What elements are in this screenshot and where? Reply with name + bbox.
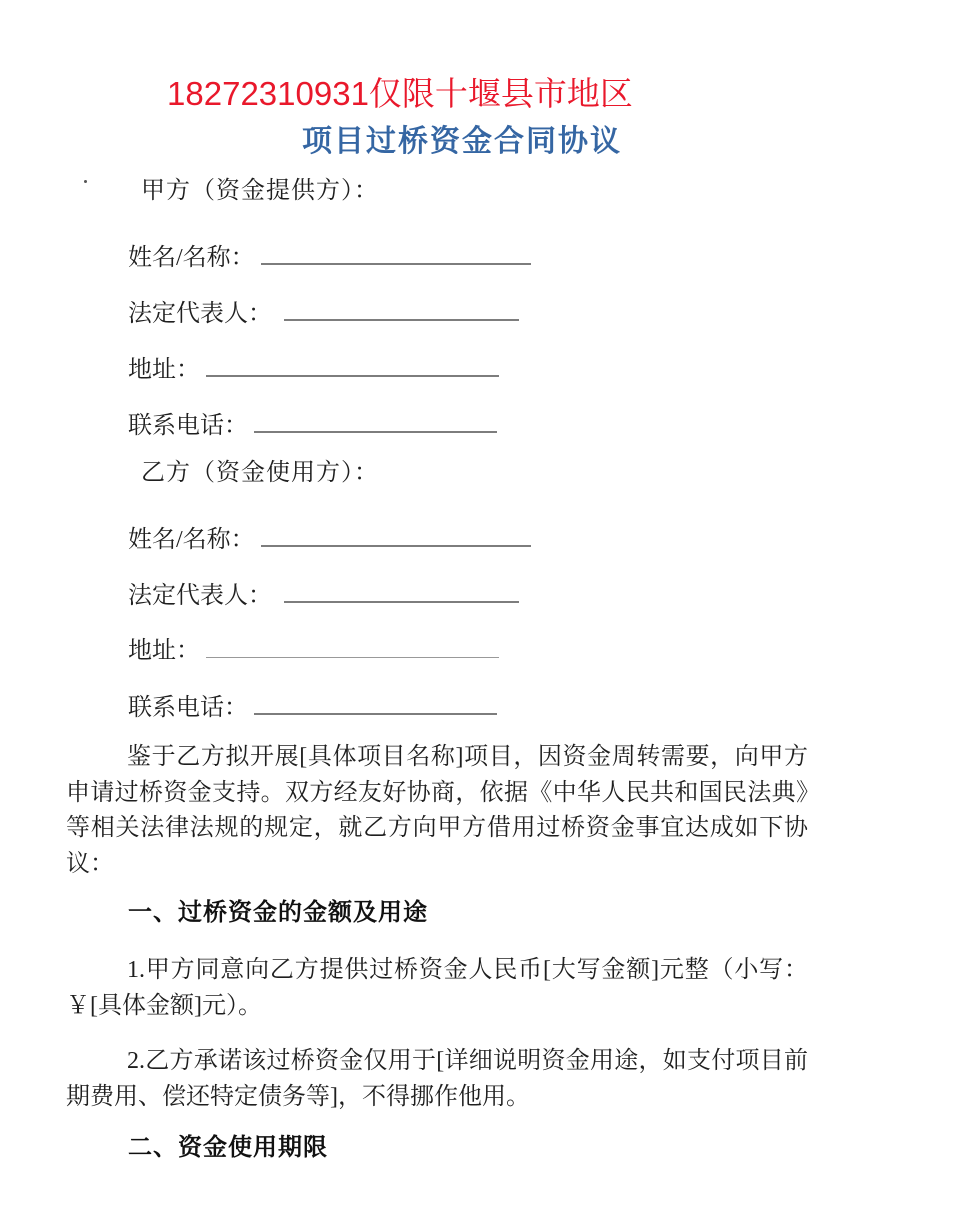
stray-dot-mark [84, 180, 87, 183]
contract-document-page: 18272310931仅限十堰县市地区 项目过桥资金合同协议 甲方（资金提供方）… [0, 0, 964, 1228]
section-1-clause-1: 1.甲方同意向乙方提供过桥资金人民币[大写金额]元整（小写：￥[具体金额]元）。 [66, 953, 808, 1024]
field-label-party-a-phone: 联系电话： [128, 413, 248, 439]
blank-underline-party-a-legal-rep [284, 293, 519, 321]
field-label-party-b-name: 姓名/名称： [128, 527, 255, 553]
field-row-party-b-legal-rep: 法定代表人： [128, 575, 964, 602]
watermark-phone-notice: 18272310931仅限十堰县市地区 [30, 76, 770, 112]
blank-underline-party-a-name [261, 237, 531, 265]
section-1-clause-2: 2.乙方承诺该过桥资金仅用于[详细说明资金用途，如支付项目前期费用、偿还特定债务… [66, 1044, 808, 1115]
field-row-party-a-address: 地址： [128, 349, 964, 376]
blank-underline-party-b-legal-rep [284, 575, 519, 603]
field-label-party-b-legal-rep: 法定代表人： [128, 583, 272, 609]
party-a-heading: 甲方（资金提供方）： [141, 179, 964, 204]
field-row-party-b-name: 姓名/名称： [128, 519, 964, 546]
field-row-party-b-phone: 联系电话： [128, 687, 964, 714]
field-row-party-b-address: 地址： [128, 631, 964, 658]
field-row-party-a-phone: 联系电话： [128, 405, 964, 432]
blank-underline-party-b-name [261, 519, 531, 547]
field-label-party-b-phone: 联系电话： [128, 695, 248, 721]
section-2-heading: 二、资金使用期限 [128, 1135, 964, 1160]
field-label-party-a-name: 姓名/名称： [128, 245, 255, 271]
blank-underline-party-a-address [206, 349, 499, 377]
blank-underline-party-a-phone [254, 405, 497, 433]
section-1-heading: 一、过桥资金的金额及用途 [128, 900, 964, 925]
document-title: 项目过桥资金合同协议 [92, 125, 832, 159]
blank-underline-party-b-phone [254, 687, 497, 715]
field-label-party-b-address: 地址： [128, 638, 200, 664]
field-label-party-a-legal-rep: 法定代表人： [128, 301, 272, 327]
preamble-paragraph: 鉴于乙方拟开展[具体项目名称]项目，因资金周转需要，向甲方申请过桥资金支持。双方… [66, 740, 808, 882]
party-b-heading: 乙方（资金使用方）： [141, 461, 964, 486]
field-row-party-a-name: 姓名/名称： [128, 237, 964, 264]
field-row-party-a-legal-rep: 法定代表人： [128, 293, 964, 320]
blank-underline-party-b-address [206, 631, 499, 658]
field-label-party-a-address: 地址： [128, 357, 200, 383]
